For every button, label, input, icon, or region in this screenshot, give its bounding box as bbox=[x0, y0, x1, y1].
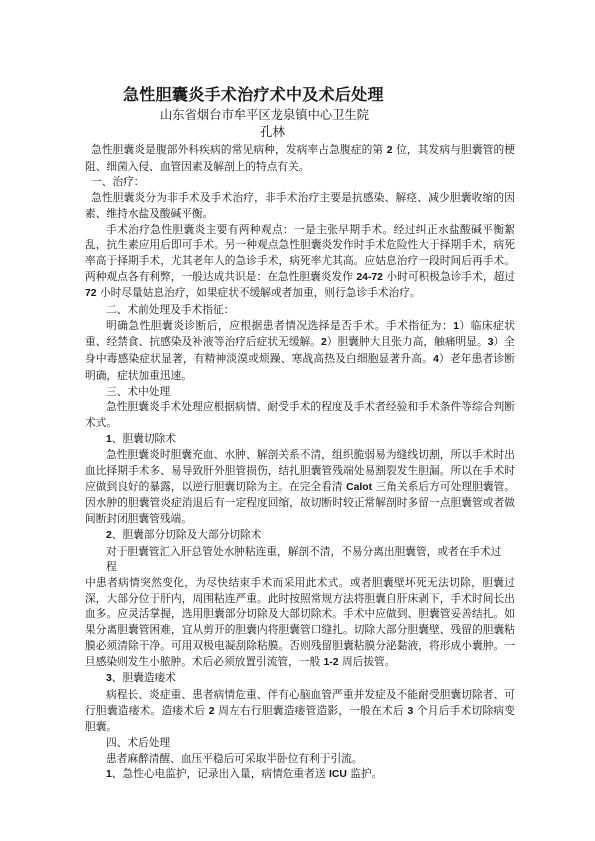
document-page: 急性胆囊炎手术治疗术中及术后处理 山东省烟台市牟平区龙泉镇中心卫生院 孔林 急性… bbox=[0, 0, 595, 841]
paragraph-5: 二、术前处理及手术指征： bbox=[85, 302, 515, 318]
paragraph-13: 程 bbox=[85, 559, 515, 575]
text-run: 程 bbox=[106, 560, 117, 573]
document-title: 急性胆囊炎手术治疗术中及术后处理 bbox=[123, 84, 515, 105]
paragraph-14: 中患者病情突然变化，为尽快结束手术而采用此术式。或者胆囊壁坏死无法切除，胆囊过深… bbox=[85, 575, 515, 670]
text-run: ）胆囊肿大且张力高，触痛明显。 bbox=[327, 335, 488, 348]
document-content: 急性胆囊炎手术治疗术中及术后处理 山东省烟台市牟平区龙泉镇中心卫生院 孔林 急性… bbox=[0, 0, 595, 783]
paragraph-4: 手术治疗急性胆囊炎主要有两种观点：一是主张早期手术。经过纠正水盐酸碱平衡絮乱，抗… bbox=[85, 222, 515, 303]
text-run: 监护。 bbox=[347, 767, 382, 780]
paragraph-9: 1、胆囊切除术 bbox=[85, 431, 515, 448]
paragraph-8: 急性胆囊炎手术处理应根据病情、耐受手术的程度及手术者经验和手术条件等综合判断术式… bbox=[85, 399, 515, 430]
paragraph-3: 急性胆囊炎分为非手术及手术治疗，非手术治疗主要是抗感染、解痉、减少胆囊收缩的因素… bbox=[85, 190, 515, 221]
paragraph-15: 3、胆囊造瘘术 bbox=[85, 670, 515, 687]
text-run: 周后拔管。 bbox=[339, 655, 396, 668]
paragraph-6: 明确急性胆囊炎诊断后，应根据患者情况选择是否手术。手术指征为：1）临床症状重、经… bbox=[85, 318, 515, 384]
text-run: 急性胆囊炎是腹部外科疾病的常见病种，发病率占急腹症的第 bbox=[91, 143, 387, 156]
text-run: 对于胆囊管汇入肝总管处水肿粘连重，解剖不清，不易分离出胆囊管，或者在手术过 bbox=[106, 545, 501, 558]
text-run: 小时可积极急诊手术，超过 bbox=[383, 270, 515, 283]
document-organization: 山东省烟台市牟平区龙泉镇中心卫生院 bbox=[160, 107, 515, 124]
paragraph-19: 1、急性心电监护，记录出入量，病情危重者送 ICU 监护。 bbox=[85, 766, 515, 783]
text-run: 二、术前处理及手术指征： bbox=[106, 303, 234, 316]
emphasis-text: Calot bbox=[346, 482, 372, 493]
text-run: 四、术后处理 bbox=[106, 736, 170, 749]
emphasis-text: 24-72 bbox=[356, 272, 383, 283]
text-run: 明确急性胆囊炎诊断后，应根据患者情况选择是否手术。手术指征为： bbox=[106, 319, 453, 332]
paragraph-18: 患者麻醉清醒、血压平稳后可采取半卧位有利于引流。 bbox=[85, 751, 515, 767]
emphasis-text: 72 bbox=[85, 288, 97, 299]
emphasis-text: ICU bbox=[329, 769, 347, 780]
paragraph-10: 急性胆囊炎时胆囊充血、水肿、解剖关系不清，组织脆弱易为缝线切割，所以手术时出血比… bbox=[85, 447, 515, 527]
text-run: 急性胆囊炎分为非手术及手术治疗，非手术治疗主要是抗感染、解痉、减少胆囊收缩的因素… bbox=[85, 191, 515, 220]
paragraph-16: 病程长、炎症重、患者病情危重、伴有心脑血管严重并发症及不能耐受胆囊切除者、可行胆… bbox=[85, 687, 515, 735]
paragraph-1: 急性胆囊炎是腹部外科疾病的常见病种，发病率占急腹症的第 2 位，其发病与胆囊管的… bbox=[85, 142, 515, 174]
text-run: 、胆囊切除术 bbox=[112, 432, 176, 445]
text-run: 一、治疗： bbox=[91, 175, 144, 188]
emphasis-text: 1-2 bbox=[324, 657, 339, 668]
text-run: 患者麻醉清醒、血压平稳后可采取半卧位有利于引流。 bbox=[106, 752, 363, 765]
document-author: 孔林 bbox=[260, 124, 515, 140]
text-run: 中患者病情突然变化，为尽快结束手术而采用此术式。或者胆囊壁坏死无法切除，胆囊过深… bbox=[85, 576, 515, 668]
text-run: 、胆囊部分切除及大部分切除术 bbox=[112, 528, 262, 541]
paragraph-11: 2、胆囊部分切除及大部分切除术 bbox=[85, 527, 515, 544]
text-run: 、胆囊造瘘术 bbox=[112, 671, 176, 684]
text-run: 小时尽量姑息治疗，如果症状不缓解或者加重，则行急诊手术治疗。 bbox=[97, 286, 421, 299]
document-body: 急性胆囊炎是腹部外科疾病的常见病种，发病率占急腹症的第 2 位，其发病与胆囊管的… bbox=[85, 142, 515, 783]
text-run: 三、术中处理 bbox=[106, 385, 170, 398]
text-run: 周左右行胆囊造瘘管造影，一般在术后 bbox=[215, 704, 408, 717]
paragraph-7: 三、术中处理 bbox=[85, 384, 515, 400]
paragraph-2: 一、治疗： bbox=[85, 174, 515, 190]
text-run: 急性胆囊炎手术处理应根据病情、耐受手术的程度及手术者经验和手术条件等综合判断术式… bbox=[85, 400, 515, 429]
text-run: 、急性心电监护，记录出入量，病情危重者送 bbox=[112, 767, 329, 780]
paragraph-17: 四、术后处理 bbox=[85, 735, 515, 751]
paragraph-12: 对于胆囊管汇入肝总管处水肿粘连重，解剖不清，不易分离出胆囊管，或者在手术过 bbox=[85, 544, 515, 560]
